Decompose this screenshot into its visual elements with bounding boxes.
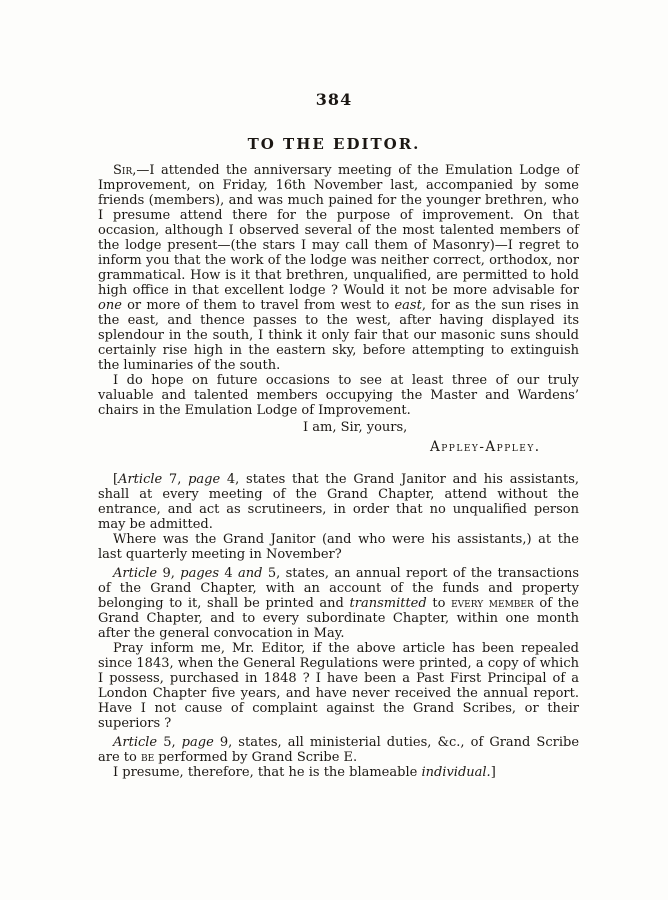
text-segment: or more of them to travel from west to <box>122 298 395 313</box>
text-segment: page <box>188 472 220 487</box>
text-segment: ] <box>491 765 496 780</box>
paragraph: Sir,—I attended the anniversary meeting … <box>98 163 579 373</box>
text-segment: 9, <box>157 566 180 581</box>
letter-paragraphs: Sir,—I attended the anniversary meeting … <box>98 163 579 418</box>
editor-note: [Article 7, page 4, states that the Gran… <box>98 472 579 780</box>
text-segment: be <box>141 750 154 765</box>
paragraph: I do hope on future occasions to see at … <box>98 373 579 418</box>
text-segment: transmitted <box>350 596 427 611</box>
text-segment: I presume, therefore, that he is the bla… <box>113 765 421 780</box>
text-segment: every member <box>451 596 534 611</box>
paragraph: Article 9, pages 4 and 5, states, an ann… <box>98 566 579 641</box>
text-segment: pages <box>180 566 219 581</box>
page-body: Sir,—I attended the anniversary meeting … <box>98 163 579 780</box>
text-segment: 4 <box>219 566 238 581</box>
paragraph: [Article 7, page 4, states that the Gran… <box>98 472 579 532</box>
text-segment: Sir <box>113 163 132 178</box>
paragraph: Article 5, page 9, states, all ministeri… <box>98 735 579 765</box>
text-segment: 7, <box>162 472 188 487</box>
text-segment: performed by Grand Scribe E. <box>154 750 357 765</box>
text-segment: Pray inform me, Mr. Editor, if the above… <box>98 641 579 731</box>
text-segment: Where was the Grand Janitor (and who wer… <box>98 532 579 562</box>
text-segment: page <box>182 735 214 750</box>
paragraph: Pray inform me, Mr. Editor, if the above… <box>98 641 579 731</box>
text-segment: individual. <box>421 765 490 780</box>
text-segment: 5, <box>157 735 182 750</box>
text-segment: ,—I attended the anniversary meeting of … <box>98 163 579 298</box>
letter-closing: I am, Sir, yours, <box>303 420 579 435</box>
text-segment: east <box>394 298 421 313</box>
text-segment: and <box>238 566 262 581</box>
text-segment: Article <box>113 735 157 750</box>
scanned-page: 384 TO THE EDITOR. Sir,—I attended the a… <box>0 0 668 900</box>
paragraph: I presume, therefore, that he is the bla… <box>98 765 579 780</box>
page-number: 384 <box>0 90 668 109</box>
letter-signature: Appley-Appley. <box>430 440 579 455</box>
letter-heading: TO THE EDITOR. <box>0 135 668 153</box>
text-segment: Article <box>118 472 162 487</box>
paragraph: Where was the Grand Janitor (and who wer… <box>98 532 579 562</box>
text-segment: to <box>427 596 451 611</box>
text-segment: one <box>98 298 122 313</box>
text-segment: Article <box>113 566 157 581</box>
text-segment: I do hope on future occasions to see at … <box>98 373 579 418</box>
